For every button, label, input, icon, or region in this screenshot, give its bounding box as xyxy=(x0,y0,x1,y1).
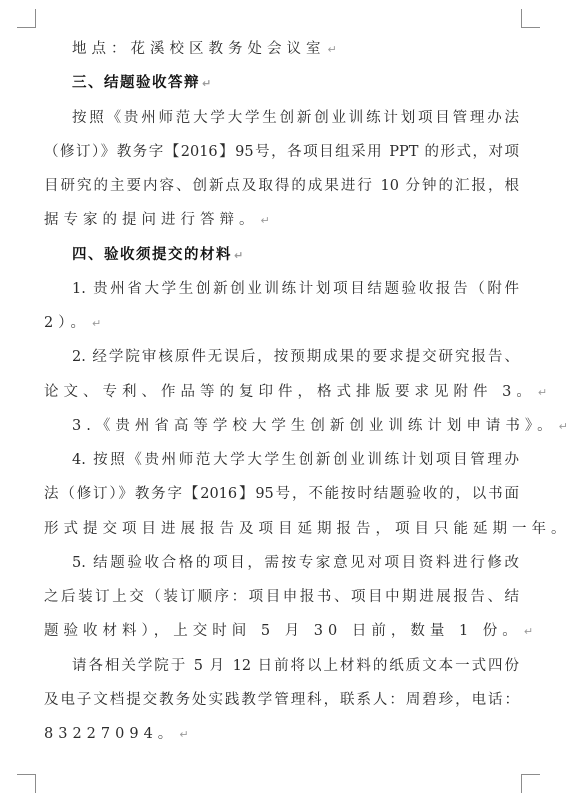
margin-corner-mark-top-left xyxy=(17,9,36,28)
line-text: 形式提交项目进展报告及项目延期报告，项目只能延期一年。 xyxy=(44,521,571,537)
section-heading: 四、验收须提交的材料↵ xyxy=(72,244,243,266)
text-line: 及电子文档提交教务处实践教学管理科，联系人：周碧珍，电话： xyxy=(44,689,519,711)
line-text: 法（修订）》教务字【2016】95号，不能按时结题验收的，以书面 xyxy=(44,486,519,502)
text-line: 请各相关学院于 5 月 12 日前将以上材料的纸质文本一式四份 xyxy=(72,655,519,677)
text-line: 据专家的提问进行答辩。↵ xyxy=(44,209,270,231)
text-line: 论文、专利、作品等的复印件，格式排版要求见附件 3。↵ xyxy=(44,381,547,403)
paragraph-mark-icon: ↵ xyxy=(559,420,568,433)
line-text: 题验收材料），上交时间 5 月 30 日前，数量 1 份。 xyxy=(44,623,522,639)
paragraph-mark-icon: ↵ xyxy=(179,728,188,741)
line-text: 3.《贵州省高等学校大学生创新创业训练计划申请书》。 xyxy=(72,418,557,434)
margin-corner-mark-top-right xyxy=(521,9,540,28)
line-text: 请各相关学院于 5 月 12 日前将以上材料的纸质文本一式四份 xyxy=(72,658,519,674)
paragraph-mark-icon: ↵ xyxy=(202,77,211,90)
text-line: （修订）》教务字【2016】95号，各项目组采用 PPT 的形式，对项 xyxy=(44,141,519,163)
text-line: 2. 经学院审核原件无误后，按预期成果的要求提交研究报告、 xyxy=(72,346,519,368)
line-text: 之后装订上交（装订顺序：项目申报书、项目中期进展报告、结 xyxy=(44,589,519,605)
text-line: 题验收材料），上交时间 5 月 30 日前，数量 1 份。↵ xyxy=(44,620,533,642)
text-line: 2）。↵ xyxy=(44,312,101,334)
paragraph-mark-icon: ↵ xyxy=(524,625,533,638)
paragraph-mark-icon: ↵ xyxy=(234,249,243,262)
line-text: 及电子文档提交教务处实践教学管理科，联系人：周碧珍，电话： xyxy=(44,692,519,708)
paragraph-mark-icon: ↵ xyxy=(328,43,337,56)
line-text: 地点：花溪校区教务处会议室 xyxy=(72,41,326,57)
margin-corner-mark-bottom-left xyxy=(17,774,36,793)
line-text: 4. 按照《贵州师范大学大学生创新创业训练计划项目管理办 xyxy=(72,452,519,468)
text-line: 按照《贵州师范大学大学生创新创业训练计划项目管理办法 xyxy=(72,107,519,129)
text-line: 之后装订上交（装订顺序：项目申报书、项目中期进展报告、结 xyxy=(44,586,519,608)
line-text: 83227094。 xyxy=(44,726,177,742)
text-line: 3.《贵州省高等学校大学生创新创业训练计划申请书》。↵ xyxy=(72,415,568,437)
section-heading: 三、结题验收答辩↵ xyxy=(72,72,211,94)
document-page: 地点：花溪校区教务处会议室↵三、结题验收答辩↵按照《贵州师范大学大学生创新创业训… xyxy=(0,0,571,800)
line-text: 据专家的提问进行答辩。 xyxy=(44,212,259,228)
text-line: 5. 结题验收合格的项目，需按专家意见对项目资料进行修改 xyxy=(72,552,519,574)
text-line: 83227094。↵ xyxy=(44,723,189,745)
text-line: 形式提交项目进展报告及项目延期报告，项目只能延期一年。↵ xyxy=(44,518,571,540)
line-text: 目研究的主要内容、创新点及取得的成果进行 10 分钟的汇报，根 xyxy=(44,178,519,194)
line-text: 2）。 xyxy=(44,315,90,331)
line-text: 四、验收须提交的材料 xyxy=(72,247,232,263)
line-text: 2. 经学院审核原件无误后，按预期成果的要求提交研究报告、 xyxy=(72,349,519,365)
margin-corner-mark-bottom-right xyxy=(521,774,540,793)
line-text: 5. 结题验收合格的项目，需按专家意见对项目资料进行修改 xyxy=(72,555,519,571)
line-text: 三、结题验收答辩 xyxy=(72,75,200,91)
line-text: （修订）》教务字【2016】95号，各项目组采用 PPT 的形式，对项 xyxy=(44,144,519,160)
paragraph-mark-icon: ↵ xyxy=(92,317,101,330)
paragraph-mark-icon: ↵ xyxy=(261,214,270,227)
text-line: 4. 按照《贵州师范大学大学生创新创业训练计划项目管理办 xyxy=(72,449,519,471)
line-text: 按照《贵州师范大学大学生创新创业训练计划项目管理办法 xyxy=(72,110,519,126)
text-line: 地点：花溪校区教务处会议室↵ xyxy=(72,38,337,60)
line-text: 论文、专利、作品等的复印件，格式排版要求见附件 3。 xyxy=(44,384,536,400)
paragraph-mark-icon: ↵ xyxy=(538,386,547,399)
text-line: 1. 贵州省大学生创新创业训练计划项目结题验收报告（附件 xyxy=(72,278,519,300)
line-text: 1. 贵州省大学生创新创业训练计划项目结题验收报告（附件 xyxy=(72,281,519,297)
text-line: 目研究的主要内容、创新点及取得的成果进行 10 分钟的汇报，根 xyxy=(44,175,519,197)
text-line: 法（修订）》教务字【2016】95号，不能按时结题验收的，以书面 xyxy=(44,483,519,505)
